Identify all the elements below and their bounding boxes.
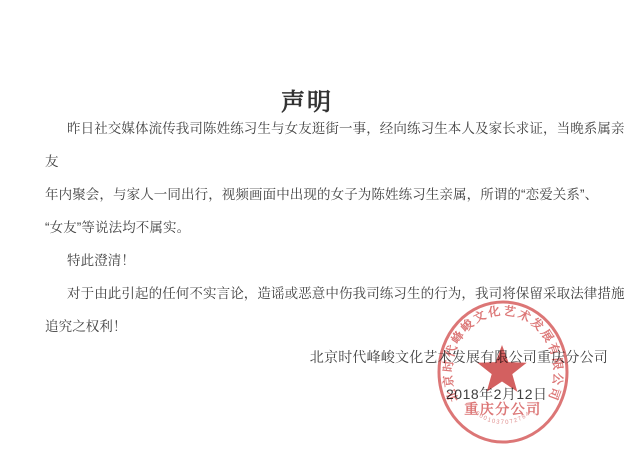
paragraph-clarification: 特此澄清！ xyxy=(45,244,627,277)
statement-document: 声明 昨日社交媒体流传我司陈姓练习生与女友逛街一事，经向练习生本人及家长求证，当… xyxy=(0,0,640,455)
paragraph-incident: 昨日社交媒体流传我司陈姓练习生与女友逛街一事，经向练习生本人及家长求证，当晚系属… xyxy=(45,112,627,244)
seal-star-icon xyxy=(477,345,526,392)
company-seal: 北京时代峰峻文化艺术发展有限公司 重庆分公司 5001037072784 xyxy=(436,299,570,445)
